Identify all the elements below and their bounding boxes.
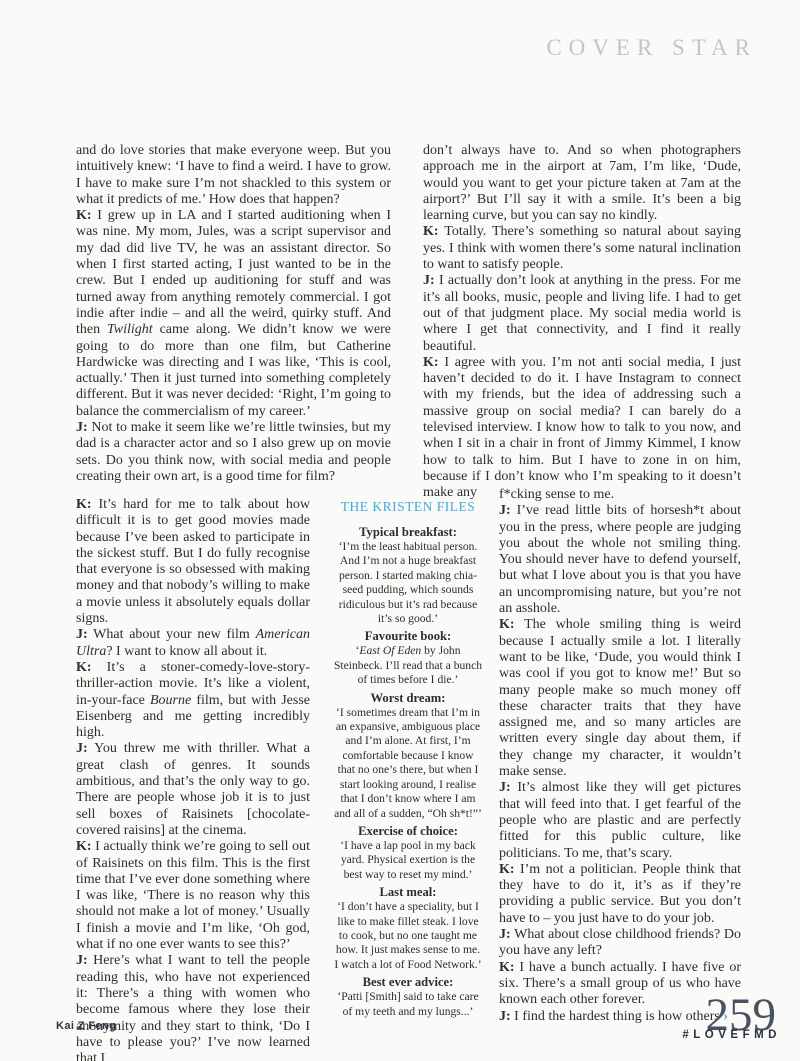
speaker-label: J: — [499, 780, 511, 795]
text-run: Here’s what I want to tell the people re… — [76, 953, 310, 1061]
paragraph: K: It’s a stoner-comedy-love-story-thril… — [76, 660, 310, 741]
paragraph: J: Here’s what I want to tell the people… — [76, 953, 310, 1061]
paragraph: K: I actually think we’re going to sell … — [76, 839, 310, 953]
text-run: What about close childhood friends? Do y… — [499, 927, 741, 958]
article-column-left-top: and do love stories that make everyone w… — [76, 143, 391, 485]
article-column-right-top: don’t always have to. And so when photog… — [423, 143, 741, 502]
fact-quote: ‘I have a lap pool in my back yard. Phys… — [333, 839, 483, 882]
speaker-label: J: — [76, 420, 88, 435]
speaker-label: J: — [76, 627, 88, 642]
text-run: The whole smiling thing is weird because… — [499, 617, 741, 779]
speaker-label: K: — [423, 355, 439, 370]
paragraph: K: Totally. There’s something so natural… — [423, 224, 741, 273]
text-run: ‘I’m the least habitual person. And I’m … — [339, 540, 478, 625]
kristen-files-box: THE KRISTEN FILES Typical breakfast:‘I’m… — [333, 499, 483, 1019]
fact-label: Worst dream: — [333, 691, 483, 706]
text-run: What about your new film — [88, 627, 256, 642]
text-run: I grew up in LA and I started auditionin… — [76, 208, 391, 337]
article-column-right-bottom: f*cking sense to me.J: I’ve read little … — [499, 487, 741, 1025]
magazine-hashtag: #LOVEFMD — [682, 1029, 781, 1041]
text-run: ‘I have a lap pool in my back yard. Phys… — [340, 839, 476, 881]
paragraph: K: I agree with you. I’m not anti social… — [423, 355, 741, 502]
text-run: Totally. There’s something so natural ab… — [423, 224, 741, 272]
text-run: I find the hardest thing is how others — [511, 1009, 724, 1024]
fact-label: Favourite book: — [333, 629, 483, 644]
paragraph: J: I’ve read little bits of horsesh*t ab… — [499, 503, 741, 617]
speaker-label: J: — [423, 273, 435, 288]
fact-quote: ‘Patti [Smith] said to take care of my t… — [333, 990, 483, 1019]
text-run: I actually think we’re going to sell out… — [76, 839, 310, 952]
speaker-label: J: — [499, 1009, 511, 1024]
speaker-label: K: — [499, 960, 515, 975]
speaker-label: K: — [76, 497, 92, 512]
paragraph: f*cking sense to me. — [499, 487, 741, 503]
fact-label: Best ever advice: — [333, 975, 483, 990]
fact-label: Last meal: — [333, 885, 483, 900]
text-run: and do love stories that make everyone w… — [76, 143, 391, 207]
paragraph: K: It’s hard for me to talk about how di… — [76, 497, 310, 627]
text-run: don’t always have to. And so when photog… — [423, 143, 741, 223]
paragraph: J: What about your new film American Ult… — [76, 627, 310, 660]
paragraph: and do love stories that make everyone w… — [76, 143, 391, 208]
speaker-label: K: — [499, 617, 515, 632]
paragraph: J: You threw me with thriller. What a gr… — [76, 741, 310, 839]
fact-quote: ‘I sometimes dream that I’m in an expans… — [333, 706, 483, 821]
italic-title: East Of Eden — [359, 644, 421, 657]
text-run: I actually don’t look at anything in the… — [423, 273, 741, 353]
text-run: ‘I sometimes dream that I’m in an expans… — [334, 706, 482, 820]
paragraph: J: It’s almost like they will get pictur… — [499, 780, 741, 861]
text-run: ‘Patti [Smith] said to take care of my t… — [337, 990, 478, 1017]
speaker-label: K: — [76, 660, 92, 675]
fact-label: Exercise of choice: — [333, 824, 483, 839]
paragraph: J: I actually don’t look at anything in … — [423, 273, 741, 354]
text-run: It’s almost like they will get pictures … — [499, 780, 741, 860]
text-run: Not to make it seem like we’re little tw… — [76, 420, 391, 484]
speaker-label: J: — [76, 953, 88, 968]
fact-label: Typical breakfast: — [333, 525, 483, 540]
speaker-label: K: — [76, 839, 92, 854]
paragraph: J: What about close childhood friends? D… — [499, 927, 741, 960]
speaker-label: J: — [499, 503, 511, 518]
text-run: It’s hard for me to talk about how diffi… — [76, 497, 310, 626]
fact-quote: ‘I don’t have a speciality, but I like t… — [333, 900, 483, 972]
article-column-left-bottom: K: It’s hard for me to talk about how di… — [76, 497, 310, 1061]
kristen-files-items: Typical breakfast:‘I’m the least habitua… — [333, 525, 483, 1019]
speaker-label: K: — [423, 224, 439, 239]
paragraph: J: Not to make it seem like we’re little… — [76, 420, 391, 485]
text-run: You threw me with thriller. What a great… — [76, 741, 310, 837]
paragraph: don’t always have to. And so when photog… — [423, 143, 741, 224]
speaker-label: J: — [76, 741, 88, 756]
text-run: I’m not a politician. People think that … — [499, 862, 741, 926]
speaker-label: K: — [499, 862, 515, 877]
text-run: I agree with you. I’m not anti social me… — [423, 355, 741, 500]
kristen-files-title: THE KRISTEN FILES — [333, 499, 483, 515]
page-section-title: COVER STAR — [546, 35, 757, 61]
paragraph: K: I grew up in LA and I started auditio… — [76, 208, 391, 420]
italic-title: Bourne — [150, 693, 191, 708]
speaker-label: K: — [76, 208, 92, 223]
text-run: ? I want to know all about it. — [106, 644, 267, 659]
speaker-label: J: — [499, 927, 511, 942]
text-run: f*cking sense to me. — [499, 487, 614, 502]
paragraph: K: I’m not a politician. People think th… — [499, 862, 741, 927]
fact-quote: ‘East Of Eden by John Steinbeck. I’ll re… — [333, 644, 483, 687]
italic-title: Twilight — [107, 322, 153, 337]
text-run: ‘I don’t have a speciality, but I like t… — [334, 900, 481, 971]
fact-quote: ‘I’m the least habitual person. And I’m … — [333, 540, 483, 626]
text-run: I’ve read little bits of horsesh*t about… — [499, 503, 741, 616]
paragraph: K: The whole smiling thing is weird beca… — [499, 617, 741, 780]
photo-credit: Kai Z Feng — [56, 1020, 116, 1032]
